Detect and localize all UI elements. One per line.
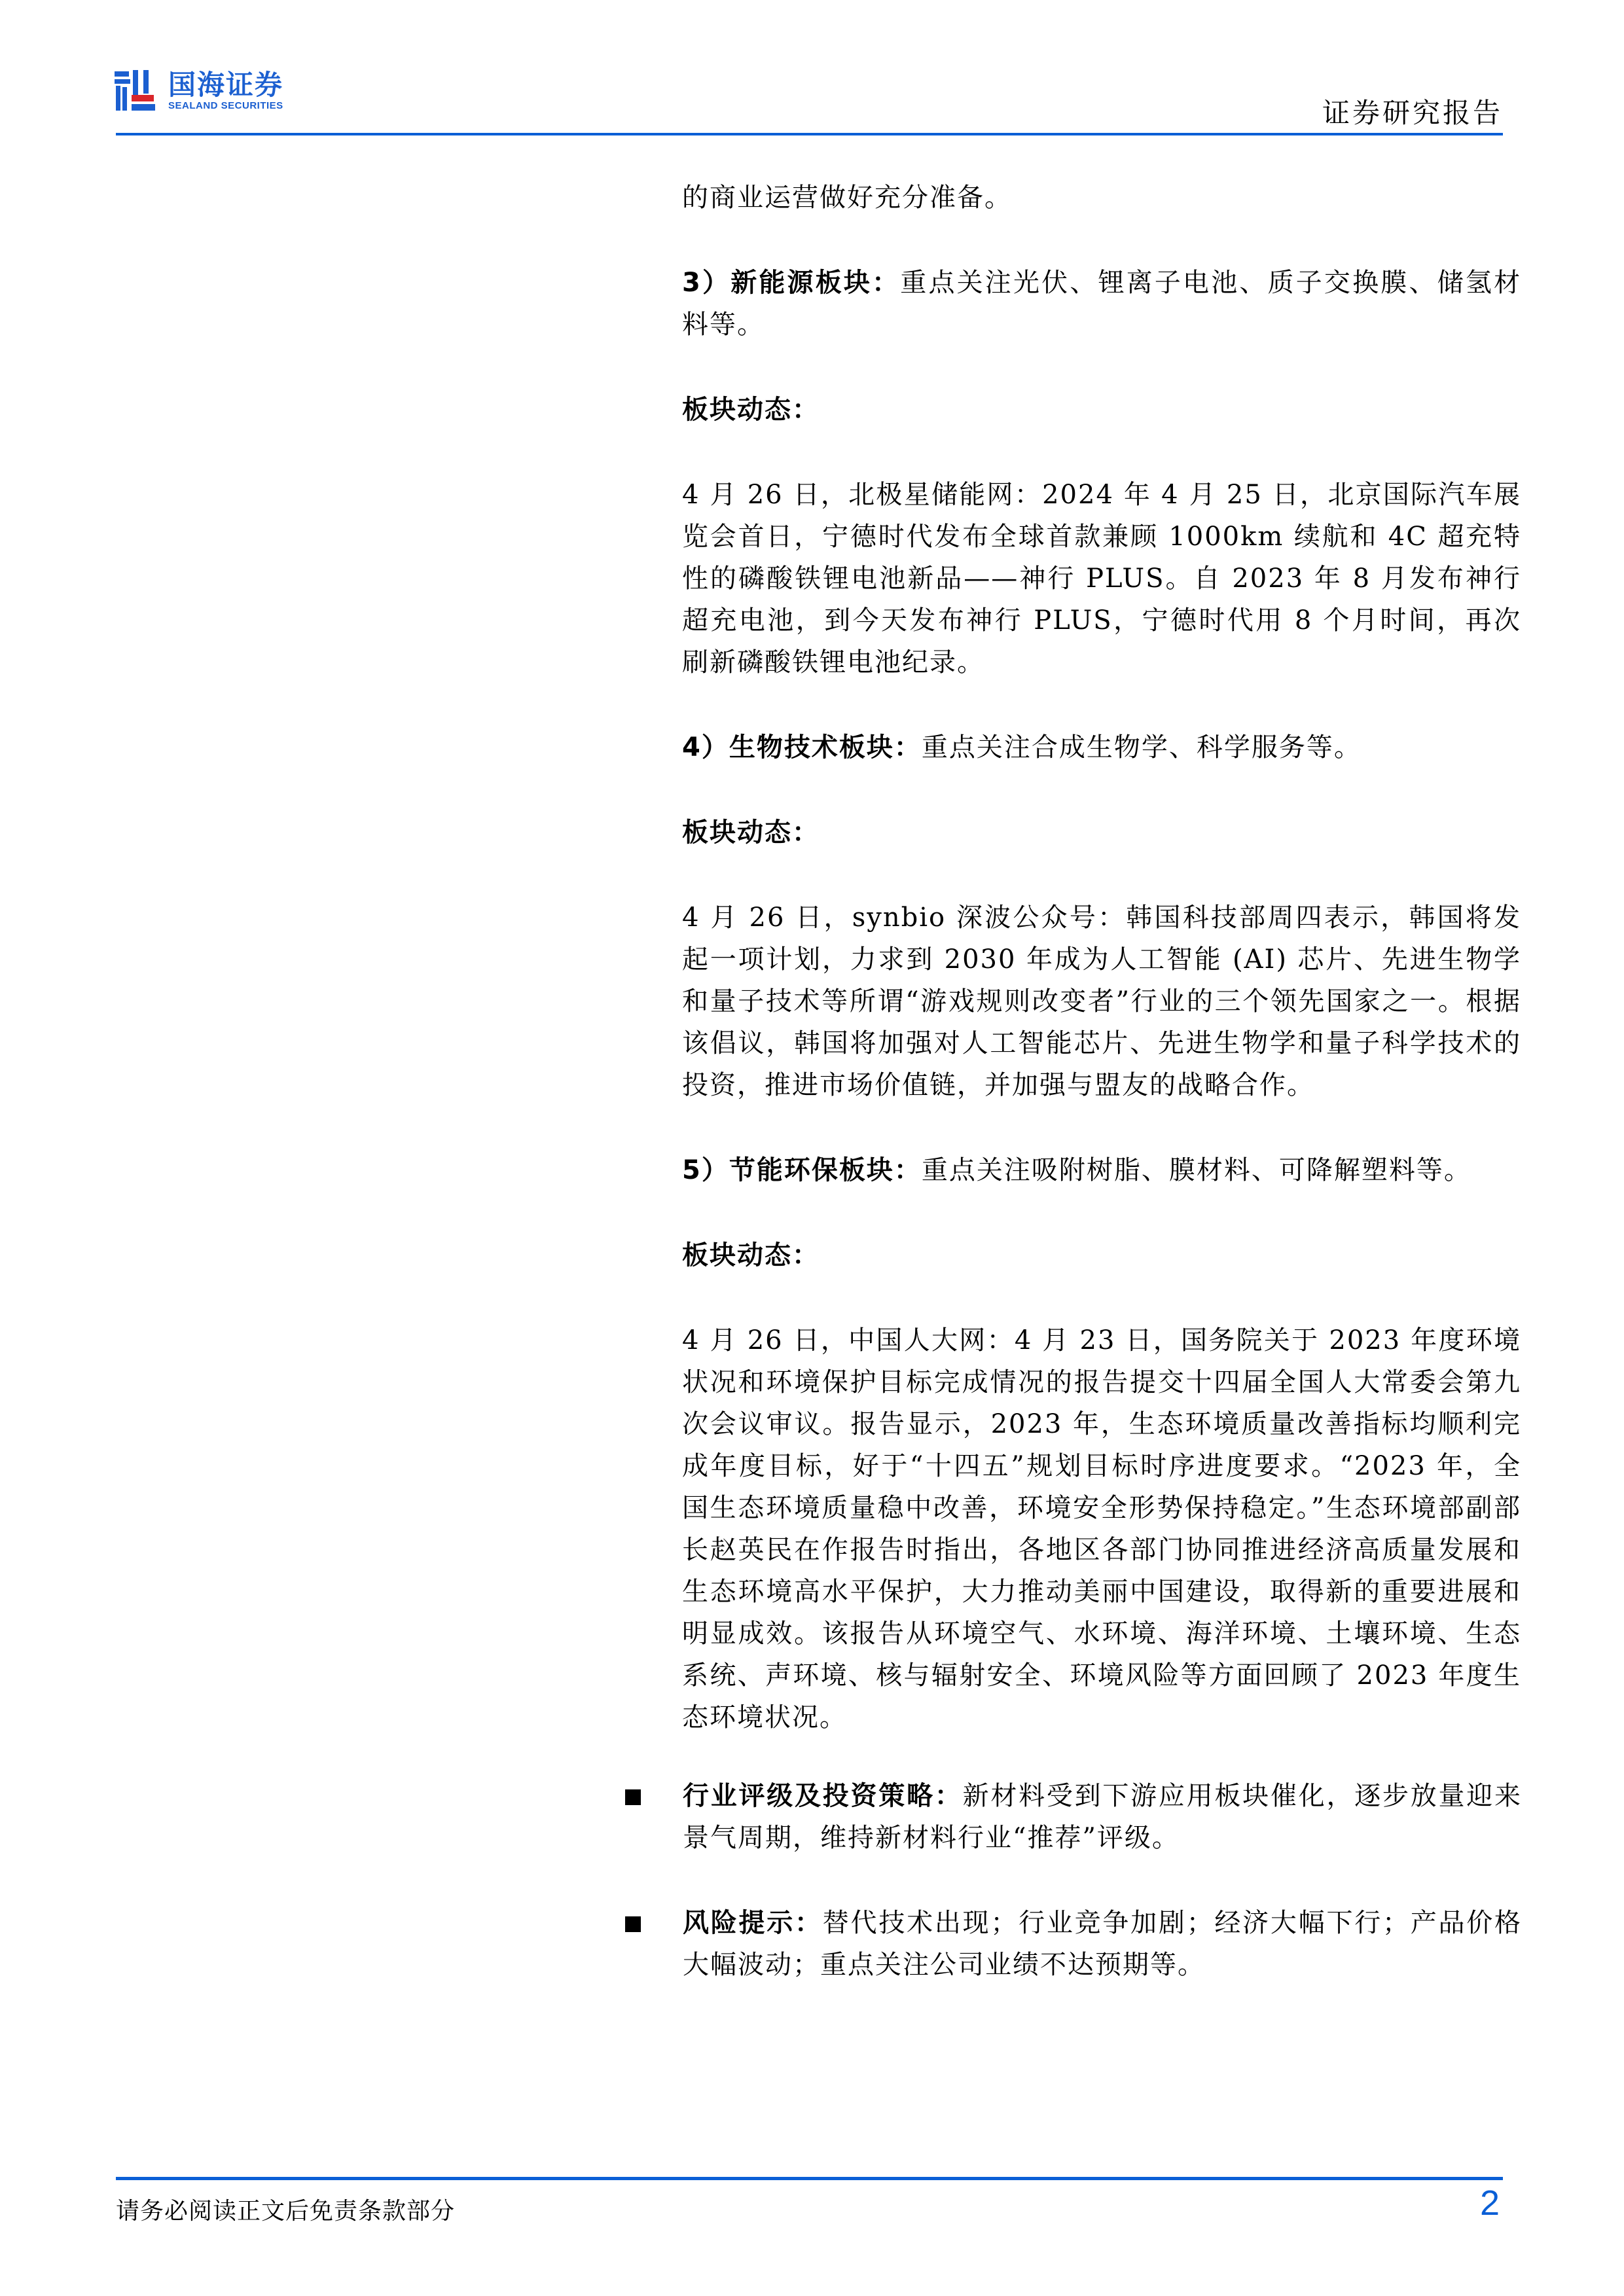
- logo-english-name: SEALAND SECURITIES: [168, 100, 283, 112]
- logo-chinese-name: 国海证券: [168, 70, 283, 100]
- section-title: 3）新能源板块：: [682, 268, 900, 298]
- summary-bullets: 行业评级及投资策略：新材料受到下游应用板块催化，逐步放量迎来景气周期，维持新材料…: [625, 1775, 1522, 2029]
- footer-divider: [116, 2177, 1503, 2180]
- section-title: 5）节能环保板块：: [682, 1155, 922, 1185]
- bullet-title: 风险提示：: [683, 1908, 823, 1938]
- square-bullet-icon: [625, 1916, 641, 1932]
- page-number: 2: [1480, 2183, 1500, 2223]
- section-dynamics-text: 4 月 26 日，synbio 深波公众号：韩国科技部周四表示，韩国将发起一项计…: [682, 897, 1521, 1106]
- section-dynamics-label: 板块动态：: [682, 389, 1521, 431]
- bullet-title: 行业评级及投资策略：: [683, 1781, 963, 1811]
- section-biotech: 4）生物技术板块：重点关注合成生物学、科学服务等。: [682, 726, 1521, 768]
- section-focus: 重点关注吸附树脂、膜材料、可降解塑料等。: [922, 1155, 1471, 1185]
- header-divider: [116, 133, 1503, 135]
- company-logo: 国海证券 SEALAND SECURITIES: [115, 70, 283, 112]
- section-dynamics-text: 4 月 26 日，北极星储能网：2024 年 4 月 25 日，北京国际汽车展览…: [682, 474, 1521, 683]
- section-dynamics-label: 板块动态：: [682, 1234, 1521, 1276]
- section-dynamics-text: 4 月 26 日，中国人大网：4 月 23 日，国务院关于 2023 年度环境状…: [682, 1319, 1521, 1738]
- sealand-logo-icon: [115, 70, 155, 112]
- report-body: 的商业运营做好充分准备。 3）新能源板块：重点关注光伏、锂离子电池、质子交换膜、…: [682, 177, 1521, 1782]
- bullet-rating-strategy: 行业评级及投资策略：新材料受到下游应用板块催化，逐步放量迎来景气周期，维持新材料…: [625, 1775, 1522, 1859]
- page-header: 国海证券 SEALAND SECURITIES 证券研究报告: [0, 0, 1624, 144]
- document-type-label: 证券研究报告: [1322, 92, 1503, 131]
- section-dynamics-label: 板块动态：: [682, 812, 1521, 853]
- square-bullet-icon: [625, 1789, 641, 1805]
- intro-paragraph: 的商业运营做好充分准备。: [682, 177, 1521, 219]
- section-energy-saving: 5）节能环保板块：重点关注吸附树脂、膜材料、可降解塑料等。: [682, 1149, 1521, 1191]
- section-focus: 重点关注合成生物学、科学服务等。: [922, 732, 1362, 762]
- section-title: 4）生物技术板块：: [682, 732, 922, 762]
- section-new-energy: 3）新能源板块：重点关注光伏、锂离子电池、质子交换膜、储氢材料等。: [682, 262, 1521, 346]
- disclaimer-note: 请务必阅读正文后免责条款部分: [116, 2193, 455, 2226]
- bullet-risk-warning: 风险提示：替代技术出现；行业竞争加剧；经济大幅下行；产品价格大幅波动；重点关注公…: [625, 1902, 1522, 1986]
